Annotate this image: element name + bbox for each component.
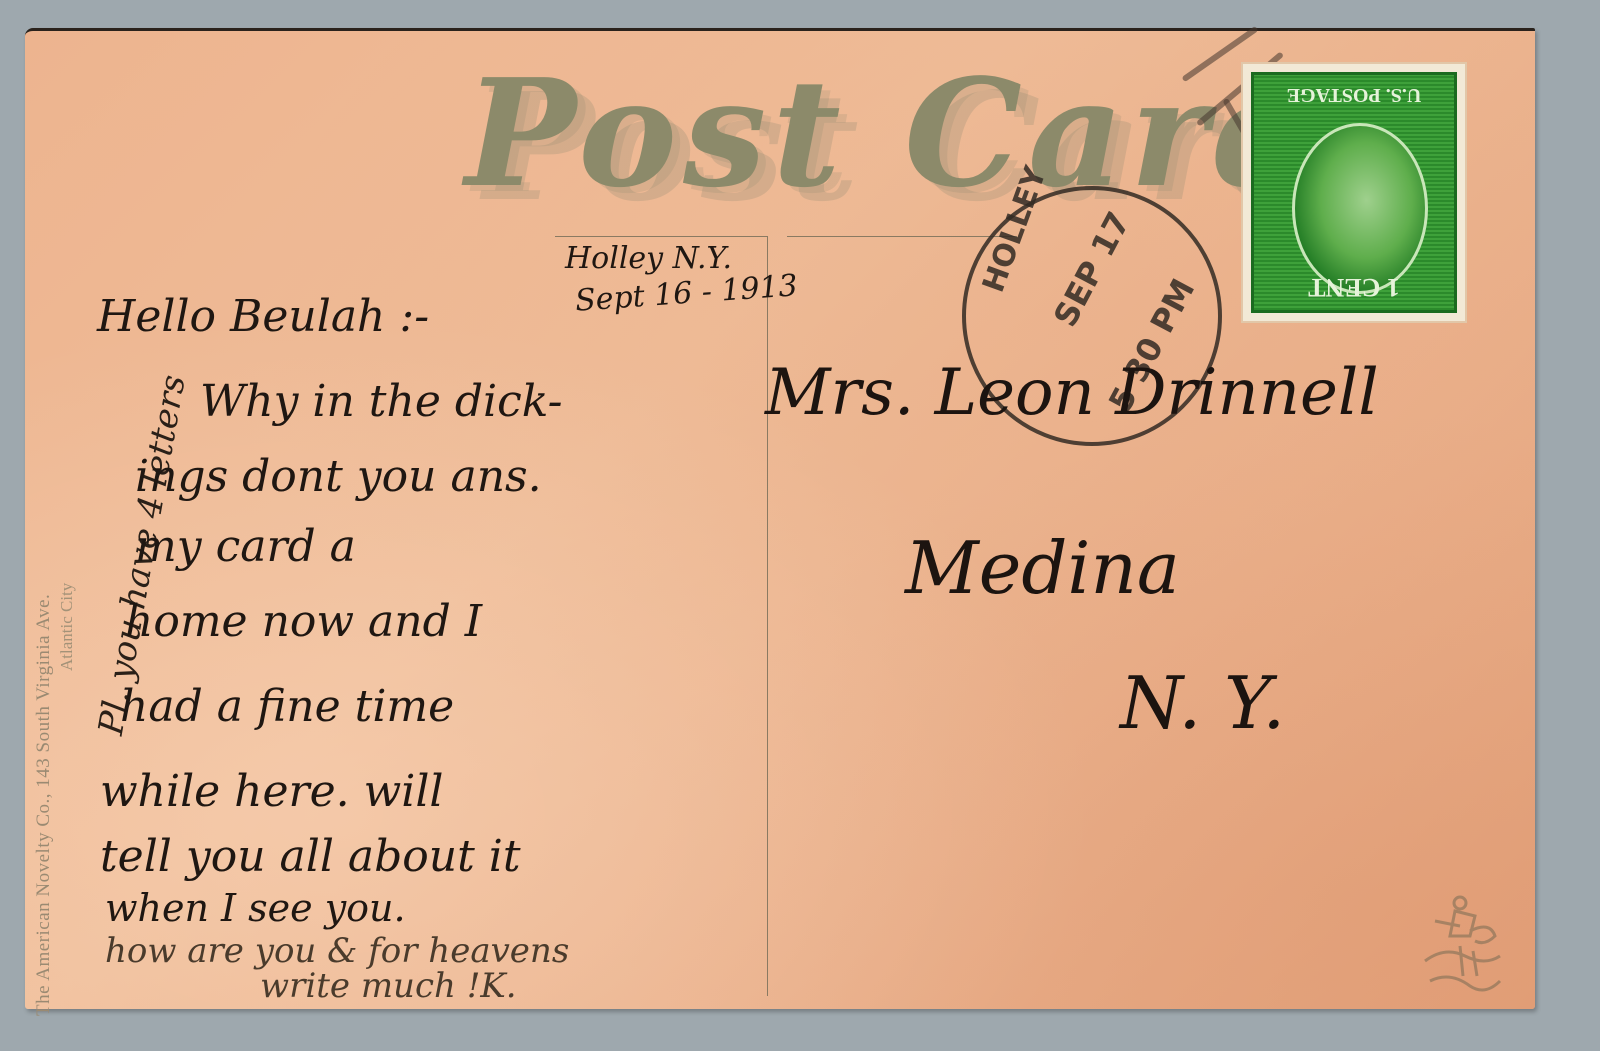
stamp-denomination: 1 CENT [1254, 272, 1454, 302]
postage-stamp: U.S. POSTAGE 1 CENT [1243, 64, 1465, 321]
message-line: while here. will [100, 766, 443, 817]
address-rule [787, 236, 1017, 237]
message-place: Holley N.Y. [565, 241, 732, 276]
postcard: Post Card The American Novelty Co., 143 … [25, 28, 1535, 1009]
message-line: tell you all about it [100, 831, 521, 882]
message-line: home now and I [125, 596, 482, 647]
publisher-imprint: The American Novelty Co., 143 South Virg… [33, 594, 55, 1016]
publisher-city: Atlantic City [57, 583, 77, 671]
postmark-date: SEP 17 [1046, 205, 1138, 332]
message-line: my card a [135, 521, 356, 572]
st-george-dragon-emblem-icon [1415, 891, 1510, 1001]
message-salutation: Hello Beulah :- [97, 291, 429, 342]
message-line: when I see you. [105, 886, 406, 930]
center-divider [767, 236, 768, 996]
stamp-portrait-icon [1292, 123, 1428, 294]
message-line: write much !K. [260, 966, 517, 1006]
message-line: how are you & for heavens [105, 931, 569, 971]
message-line: ings dont you ans. [135, 451, 542, 502]
stamp-frame: U.S. POSTAGE 1 CENT [1251, 72, 1457, 313]
address-city: Medina [905, 526, 1180, 610]
address-name: Mrs. Leon Drinnell [765, 356, 1379, 430]
message-line: had a fine time [120, 681, 454, 732]
address-state: N. Y. [1120, 661, 1285, 745]
message-line: Why in the dick- [200, 376, 562, 427]
message-rule [555, 236, 767, 237]
stamp-label: U.S. POSTAGE [1254, 83, 1454, 106]
post-card-heading: Post Card [465, 59, 1323, 207]
